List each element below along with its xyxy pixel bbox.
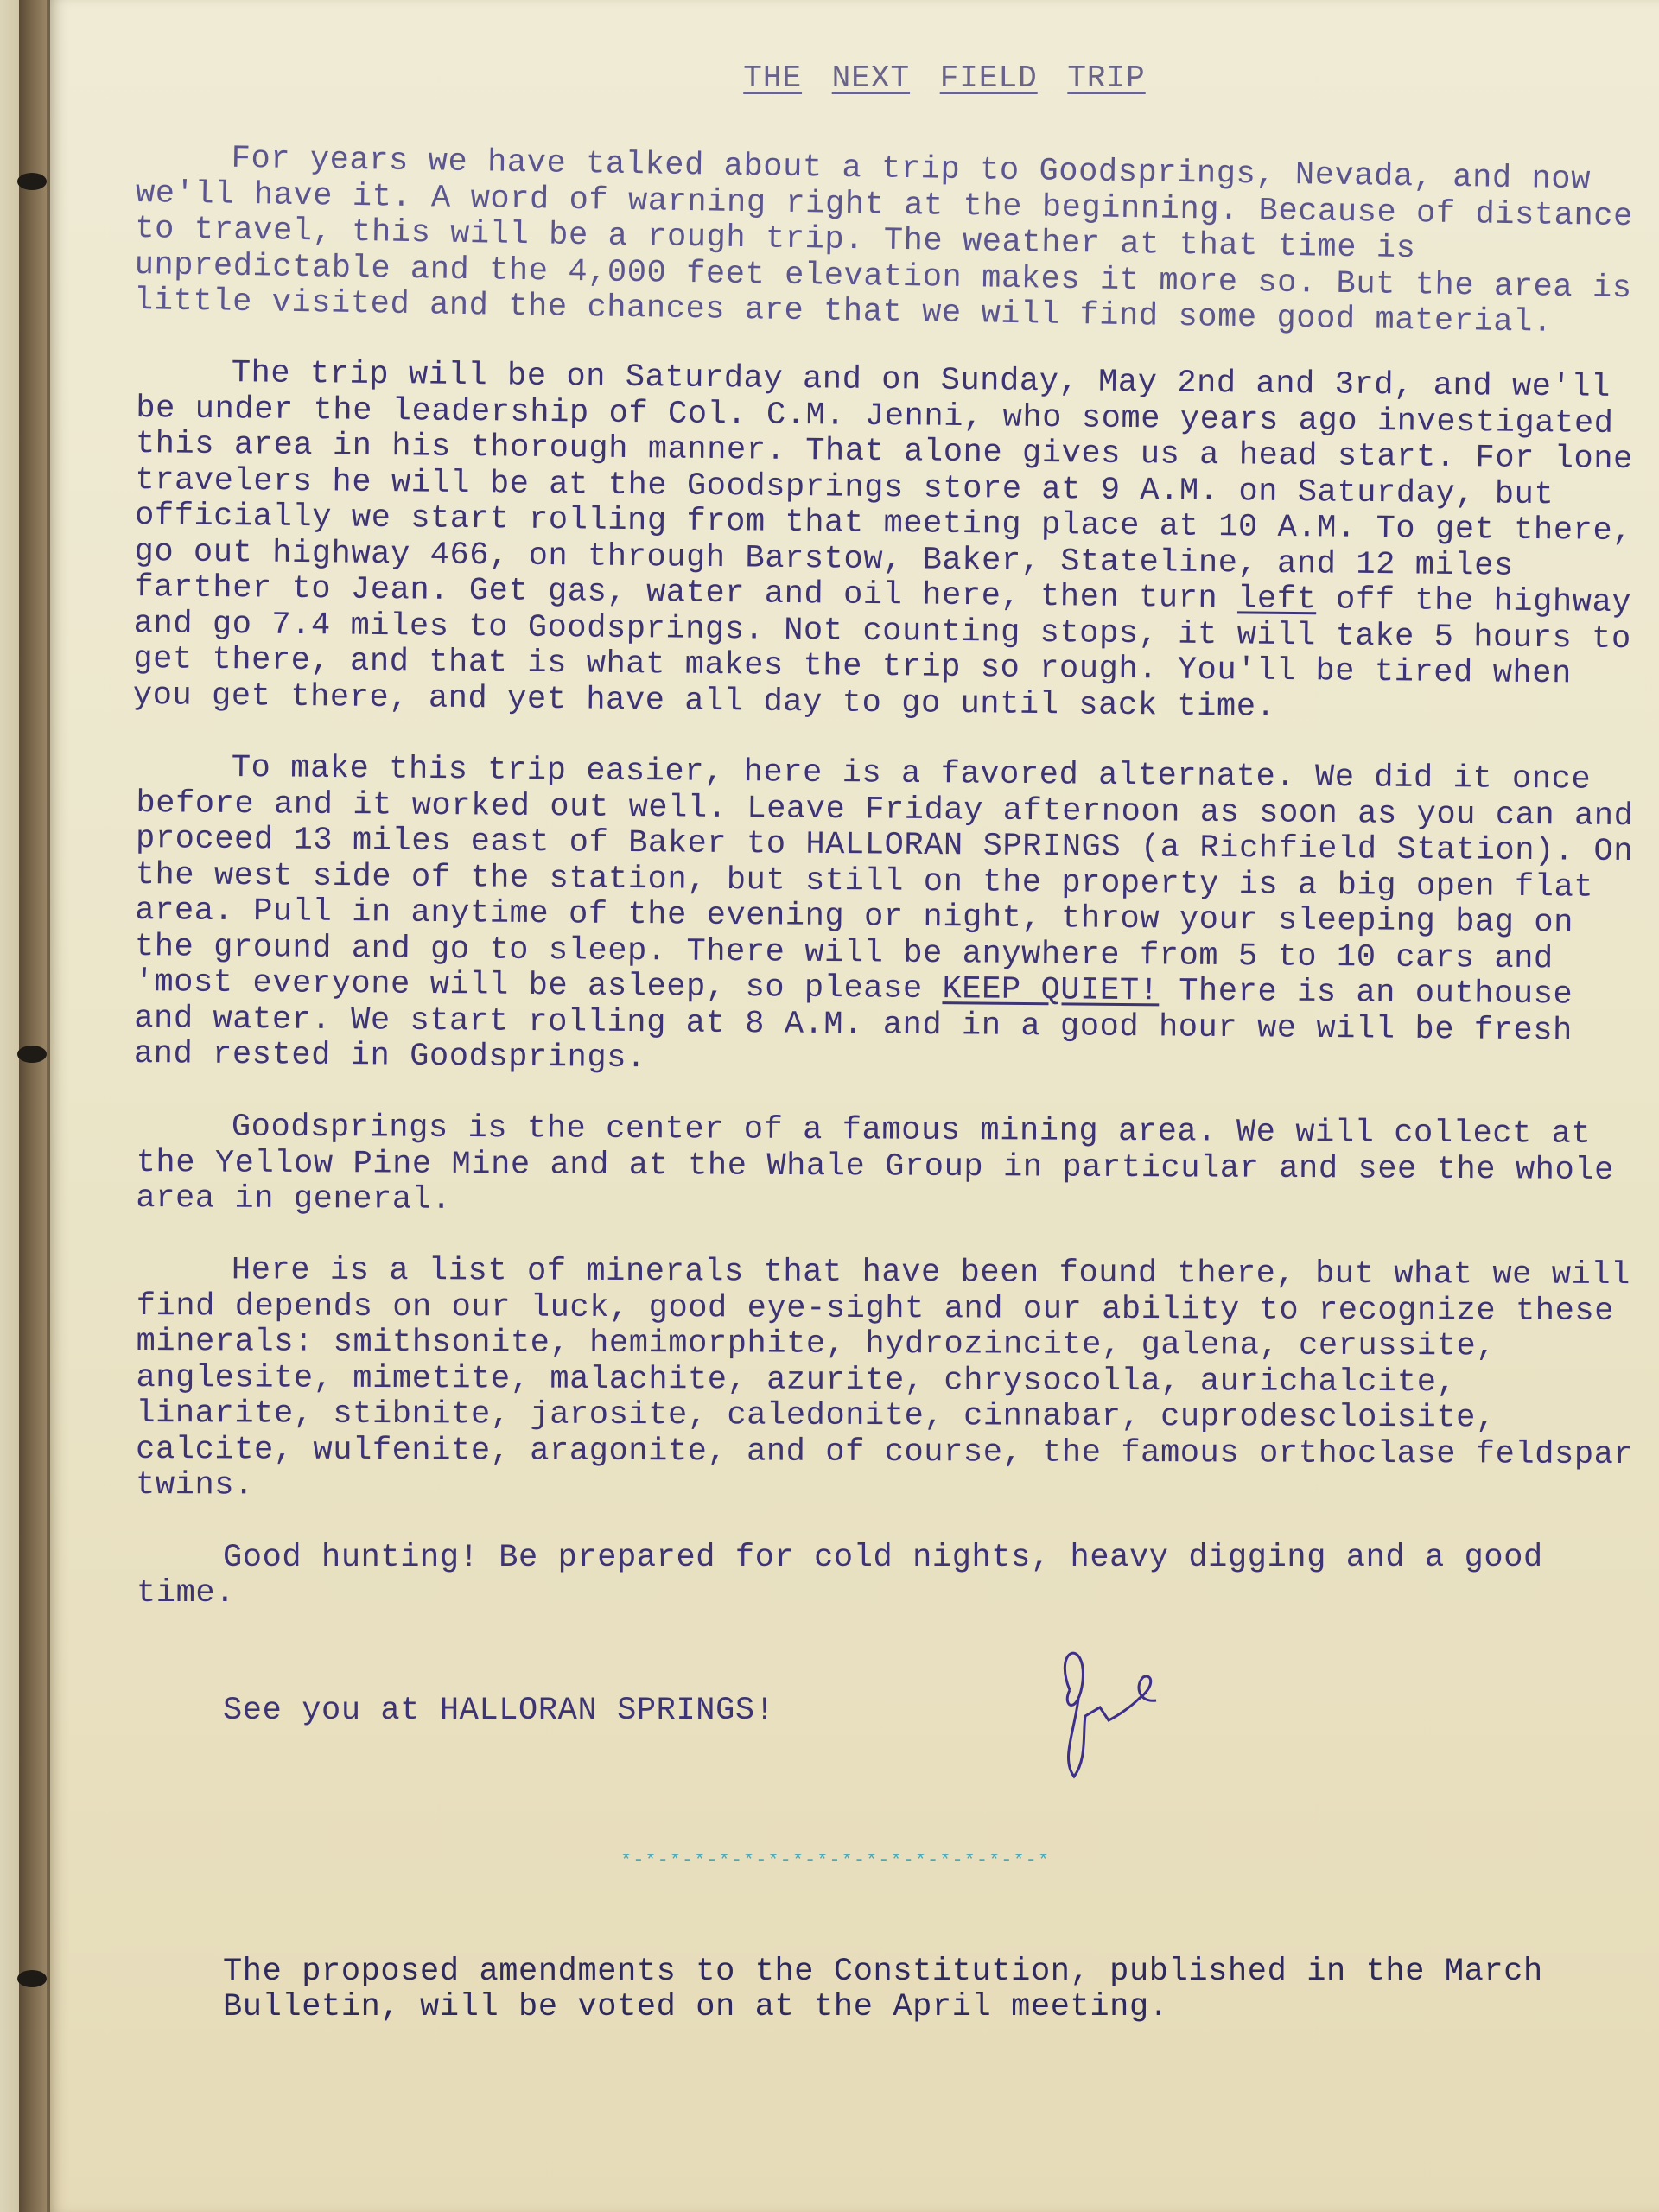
page-content: THE NEXT FIELD TRIP For years we have ta… bbox=[137, 52, 1649, 2026]
binder-edge bbox=[19, 0, 47, 2212]
signoff-row: See you at HALLORAN SPRINGS! bbox=[223, 1638, 1649, 1785]
paragraph-area: Goodsprings is the center of a famous mi… bbox=[136, 1109, 1649, 1225]
closing-line: Good hunting! Be prepared for cold night… bbox=[137, 1541, 1649, 1612]
title-word: FIELD bbox=[940, 60, 1038, 96]
title-word: THE bbox=[743, 60, 802, 96]
typewritten-page: THE NEXT FIELD TRIP For years we have ta… bbox=[50, 0, 1659, 2212]
underlined-left: left bbox=[1237, 581, 1317, 618]
page-title: THE NEXT FIELD TRIP bbox=[137, 60, 1649, 97]
paragraph-intro: For years we have talked about a trip to… bbox=[134, 140, 1649, 343]
signoff-text: See you at HALLORAN SPRINGS! bbox=[223, 1694, 1035, 1730]
underlined-keep-quiet: KEEP QUIET! bbox=[942, 971, 1159, 1009]
binder-ring-icon bbox=[17, 173, 47, 190]
paragraph-schedule: The trip will be on Saturday and on Sund… bbox=[133, 355, 1649, 729]
schedule-text-a: The trip will be on Saturday and on Sund… bbox=[134, 355, 1633, 617]
constitution-notice: The proposed amendments to the Constitut… bbox=[223, 1955, 1649, 2026]
alternate-text-a: To make this trip easier, here is a favo… bbox=[134, 750, 1633, 1007]
title-word: NEXT bbox=[832, 60, 910, 96]
paragraph-alternate: To make this trip easier, here is a favo… bbox=[134, 750, 1649, 1086]
signature-icon bbox=[1035, 1638, 1208, 1785]
binder-ring-icon bbox=[17, 1046, 47, 1063]
decorative-divider: *-*-*-*-*-*-*-*-*-*-*-*-*-*-*-*-*-*-* bbox=[620, 1854, 1052, 1868]
paragraph-minerals: Here is a list of minerals that have bee… bbox=[136, 1253, 1649, 1510]
title-word: TRIP bbox=[1067, 60, 1145, 96]
binder-ring-icon bbox=[17, 1970, 47, 1987]
binder-spine bbox=[0, 0, 52, 2212]
